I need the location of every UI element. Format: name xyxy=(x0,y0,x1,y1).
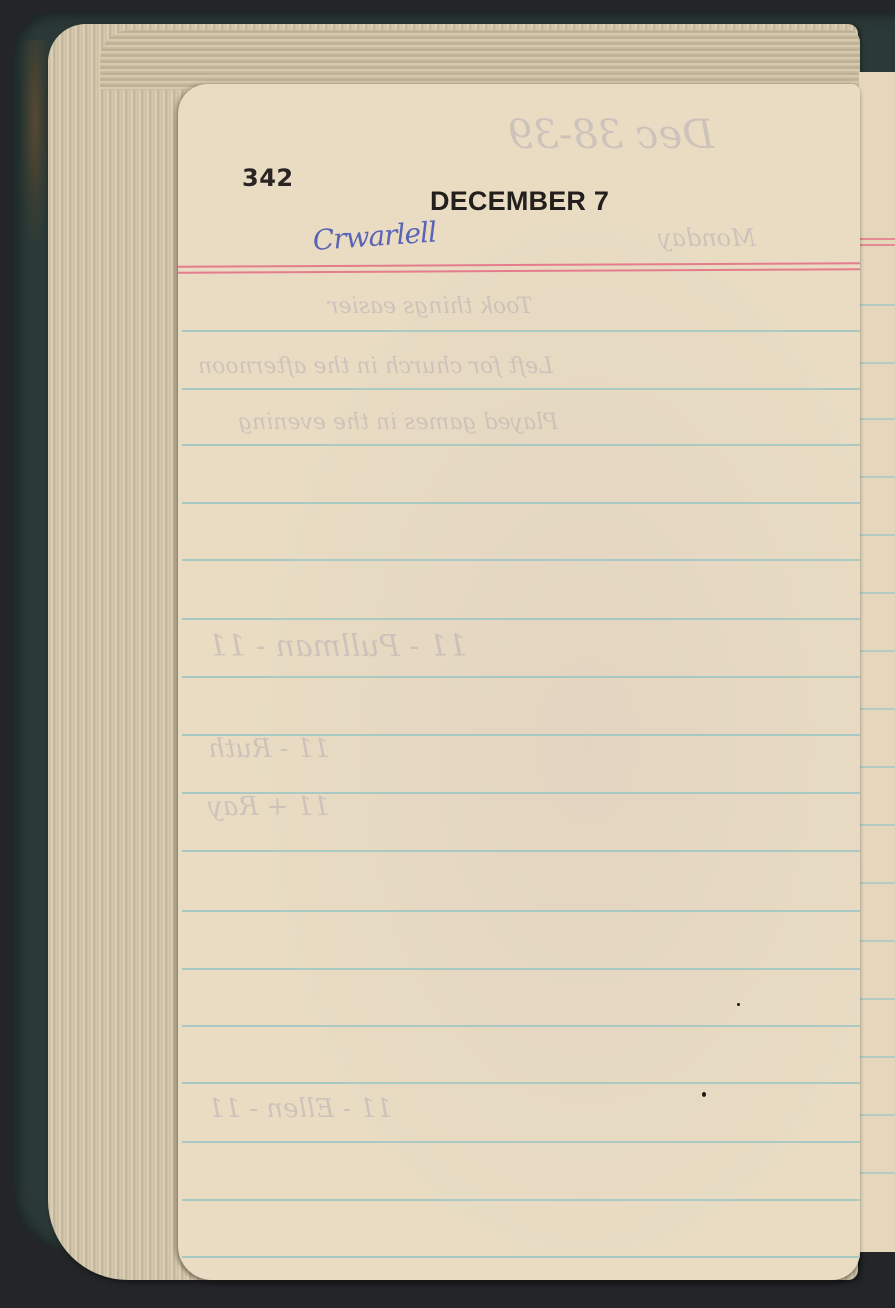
handwritten-entry: Crwarlell xyxy=(312,215,437,257)
facing-blue-rule xyxy=(859,1056,895,1058)
bleed-through-text: 11 - Ruth xyxy=(208,734,330,764)
facing-blue-rule xyxy=(859,998,895,1000)
bleed-through-text: Monday xyxy=(658,224,756,252)
bleed-through-text: 11 + Ray xyxy=(208,792,330,822)
bleed-through-text: Took things easier xyxy=(328,294,532,319)
ruled-line xyxy=(182,330,860,332)
ruled-line xyxy=(182,850,860,852)
ruled-line xyxy=(182,1199,860,1201)
facing-blue-rule xyxy=(859,1172,895,1174)
bleed-through-text: Left for church in the afternoon xyxy=(198,354,553,379)
date-heading: DECEMBER 7 xyxy=(430,186,609,217)
ruled-line xyxy=(182,618,860,620)
page-edges-top xyxy=(100,30,860,90)
bleed-through-text: 11 - Ellen - 11 xyxy=(208,1094,393,1124)
ruled-line xyxy=(182,502,860,504)
bleed-through-text: Played games in the evening xyxy=(238,410,558,435)
facing-blue-rule xyxy=(859,824,895,826)
ruled-line xyxy=(182,1082,860,1084)
cover-wear xyxy=(22,40,48,240)
ruled-line xyxy=(182,444,860,446)
ruled-line xyxy=(182,910,860,912)
page-number: 342 xyxy=(242,164,294,192)
ruled-line xyxy=(182,676,860,678)
ruled-line xyxy=(182,1141,860,1143)
facing-blue-rule xyxy=(859,708,895,710)
facing-red-rule xyxy=(859,244,895,246)
ruled-line xyxy=(182,968,860,970)
facing-blue-rule xyxy=(859,362,895,364)
facing-blue-rule xyxy=(859,882,895,884)
facing-blue-rule xyxy=(859,1114,895,1116)
header-red-rule xyxy=(178,262,860,268)
facing-blue-rule xyxy=(859,766,895,768)
ruled-line xyxy=(182,388,860,390)
bleed-through-text: Dec 38-39 xyxy=(508,112,714,158)
ruled-line xyxy=(182,1025,860,1027)
ruled-line xyxy=(182,734,860,736)
facing-blue-rule xyxy=(859,592,895,594)
ink-speck xyxy=(702,1092,706,1097)
header-red-rule xyxy=(178,268,860,274)
facing-blue-rule xyxy=(859,940,895,942)
ruled-line xyxy=(182,1256,860,1258)
ruled-line xyxy=(182,792,860,794)
facing-red-rule xyxy=(859,238,895,240)
facing-blue-rule xyxy=(859,476,895,478)
facing-page-edge xyxy=(858,72,895,1252)
ink-speck xyxy=(737,1003,740,1006)
diary-page: Dec 38-39 Monday Took things easier Left… xyxy=(178,84,860,1280)
ruled-line xyxy=(182,559,860,561)
facing-blue-rule xyxy=(859,418,895,420)
facing-blue-rule xyxy=(859,534,895,536)
facing-blue-rule xyxy=(859,304,895,306)
facing-blue-rule xyxy=(859,650,895,652)
bleed-through-text: 11 - Pullman - 11 xyxy=(208,629,467,664)
